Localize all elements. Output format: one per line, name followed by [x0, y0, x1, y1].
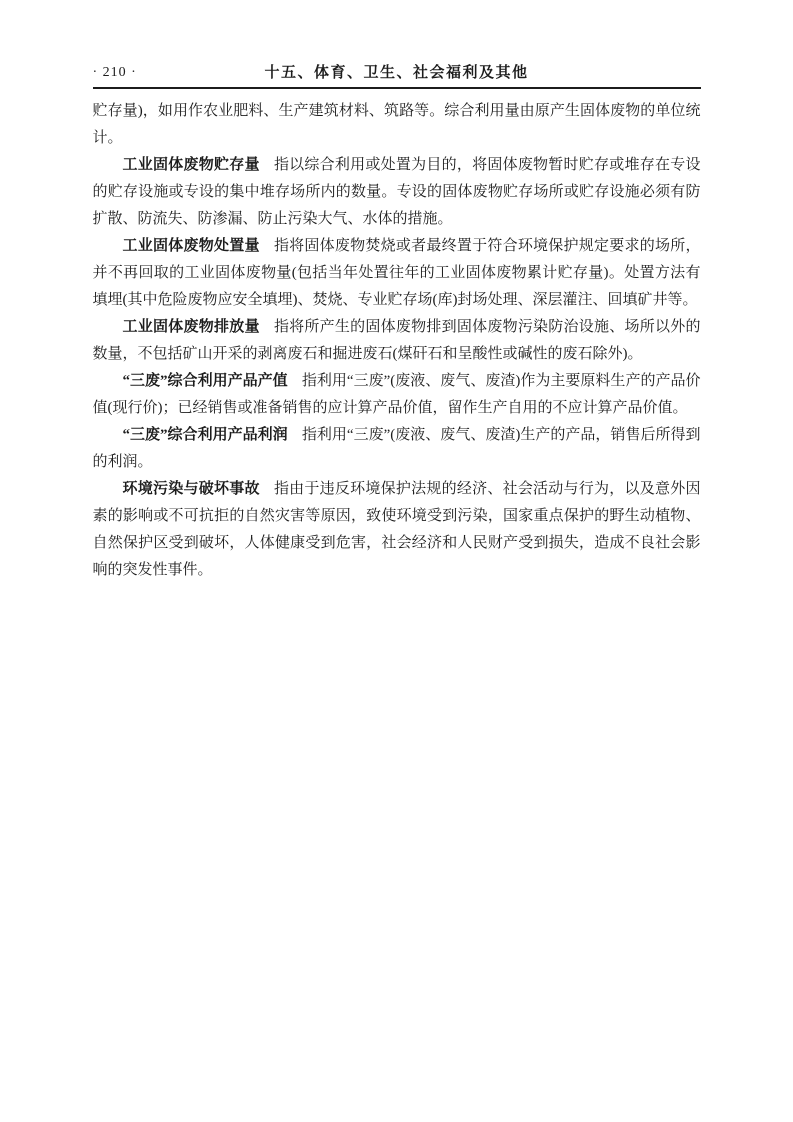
paragraph-three-wastes-output-value: “三废”综合利用产品产值指利用“三废”(废液、废气、废渣)作为主要原料生产的产品… — [93, 368, 701, 422]
paragraph-three-wastes-profit: “三废”综合利用产品利润指利用“三废”(废液、废气、废渣)生产的产品，销售后所得… — [93, 422, 701, 476]
term-label: “三废”综合利用产品利润 — [123, 427, 302, 443]
term-label: 工业固体废物贮存量 — [123, 157, 274, 173]
term-label: 环境污染与破坏事故 — [123, 481, 274, 497]
page-header: · 210 · 十五、体育、卫生、社会福利及其他 — [93, 63, 701, 83]
body-text: 贮存量)，如用作农业肥料、生产建筑材料、筑路等。综合利用量由原产生固体废物的单位… — [93, 98, 701, 584]
term-label: “三废”综合利用产品产值 — [123, 373, 302, 389]
paragraph-industrial-waste-discharge: 工业固体废物排放量指将所产生的固体废物排到固体废物污染防治设施、场所以外的数量，… — [93, 314, 701, 368]
paragraph-industrial-waste-storage: 工业固体废物贮存量指以综合利用或处置为目的，将固体废物暂时贮存或堆存在专设的贮存… — [93, 152, 701, 233]
term-label: 工业固体废物处置量 — [123, 238, 274, 254]
document-page: · 210 · 十五、体育、卫生、社会福利及其他 贮存量)，如用作农业肥料、生产… — [0, 0, 793, 1122]
paragraph-continuation: 贮存量)，如用作农业肥料、生产建筑材料、筑路等。综合利用量由原产生固体废物的单位… — [93, 98, 701, 152]
paragraph-industrial-waste-disposal: 工业固体废物处置量指将固体废物焚烧或者最终置于符合环境保护规定要求的场所，并不再… — [93, 233, 701, 314]
paragraph-text: 贮存量)，如用作农业肥料、生产建筑材料、筑路等。综合利用量由原产生固体废物的单位… — [93, 103, 701, 146]
page-content: · 210 · 十五、体育、卫生、社会福利及其他 贮存量)，如用作农业肥料、生产… — [93, 0, 701, 584]
header-rule — [93, 87, 701, 89]
chapter-title: 十五、体育、卫生、社会福利及其他 — [264, 65, 528, 81]
term-label: 工业固体废物排放量 — [123, 319, 274, 335]
paragraph-pollution-accidents: 环境污染与破坏事故指由于违反环境保护法规的经济、社会活动与行为，以及意外因素的影… — [93, 476, 701, 584]
page-number: · 210 · — [93, 63, 137, 83]
